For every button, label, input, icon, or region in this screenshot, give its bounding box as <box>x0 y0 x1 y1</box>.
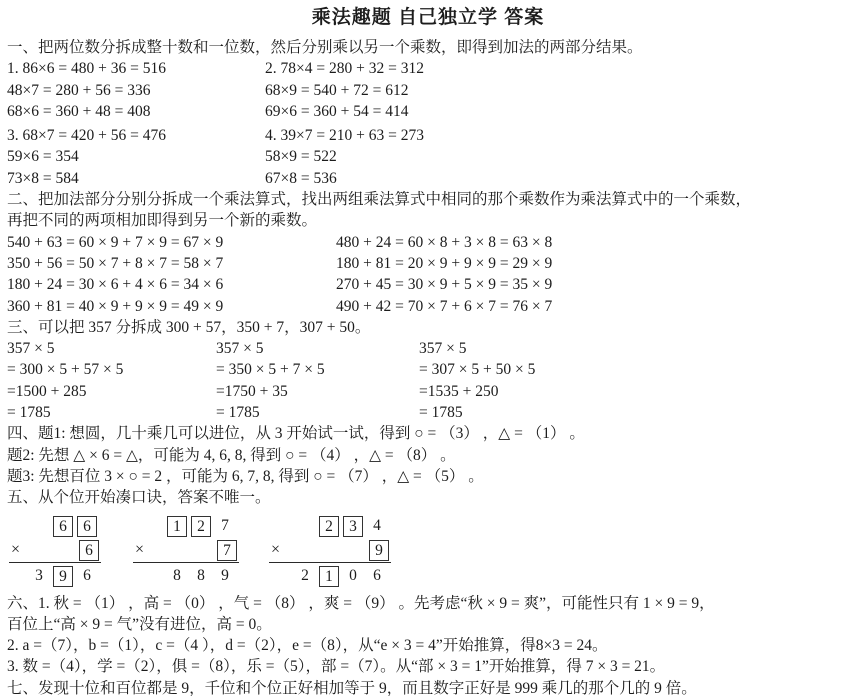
example-col2: 357 × 5 <box>216 338 419 359</box>
spacer <box>9 576 27 577</box>
equation-row: 48×7 = 280 + 56 = 336 68×9 = 540 + 72 = … <box>7 80 849 101</box>
digit-cell: 9 <box>51 565 75 587</box>
digit: 4 <box>373 516 381 535</box>
example-col3: =1535 + 250 <box>419 381 498 402</box>
boxed-digit: 9 <box>369 540 389 561</box>
digit-cell: 9 <box>213 565 237 586</box>
digit-cell: 7 <box>213 515 237 536</box>
digit: 3 <box>35 566 43 585</box>
multiply-sign: × <box>133 539 167 560</box>
section-six-line2: 百位上“高 × 9 = 气”没有进位，高 = 0。 <box>7 614 849 635</box>
digit: 6 <box>83 566 91 585</box>
boxed-digit: 1 <box>167 516 187 537</box>
digit: 8 <box>173 566 181 585</box>
equation-row: 68×6 = 360 + 48 = 408 69×6 = 360 + 54 = … <box>7 101 849 122</box>
equation-right: 490 + 42 = 70 × 7 + 6 × 7 = 76 × 7 <box>336 296 552 317</box>
section-six-line4: 3. 数 =（4），学 =（2），俱 =（8），乐 =（5），部 =（7）。从“… <box>7 656 849 677</box>
digit-cell: 3 <box>341 515 365 537</box>
example-col3: = 307 × 5 + 50 × 5 <box>419 359 535 380</box>
result-row: 2 1 0 6 <box>269 562 391 589</box>
multiply-sign: × <box>9 539 29 560</box>
section-five-heading: 五、从个位开始凑口诀，答案不唯一。 <box>7 487 849 508</box>
column-multiplication-1: 6 6 × 6 3 9 6 <box>9 514 101 589</box>
digit-cell: 0 <box>341 565 365 586</box>
digit-cell: 7 <box>215 539 239 561</box>
digit-cell: 1 <box>317 565 341 587</box>
digit: 0 <box>349 566 357 585</box>
spacer <box>9 525 51 526</box>
equation-left: 73×8 = 584 <box>7 168 265 189</box>
equation-right: 2. 78×4 = 280 + 32 = 312 <box>265 58 424 79</box>
multiplicand-row: 1 2 7 <box>133 514 239 538</box>
digit-cell: 6 <box>75 565 99 586</box>
boxed-digit: 6 <box>53 516 73 537</box>
column-multiplication-3: 2 3 4 × 9 2 1 0 6 <box>269 514 391 589</box>
equation-left: 540 + 63 = 60 × 9 + 7 × 9 = 67 × 9 <box>7 232 336 253</box>
digit-cell: 6 <box>75 515 99 537</box>
example-col1: =1500 + 285 <box>7 381 216 402</box>
multiplicand-row: 2 3 4 <box>269 514 391 538</box>
boxed-digit: 6 <box>79 540 99 561</box>
example-col1: = 300 × 5 + 57 × 5 <box>7 359 216 380</box>
spacer <box>269 576 293 577</box>
result-row: 3 9 6 <box>9 562 101 589</box>
digit-cell: 2 <box>317 515 341 537</box>
equation-right: 480 + 24 = 60 × 8 + 3 × 8 = 63 × 8 <box>336 232 552 253</box>
digit-cell: 6 <box>77 539 101 561</box>
section-one-heading: 一、把两位数分拆成整十数和一位数，然后分别乘以另一个乘数，即得到加法的两部分结果… <box>7 37 849 58</box>
digit: 9 <box>221 566 229 585</box>
equation-row: 1. 86×6 = 480 + 36 = 516 2. 78×4 = 280 +… <box>7 58 849 79</box>
equation-row: 350 + 56 = 50 × 7 + 8 × 7 = 58 × 7 180 +… <box>7 253 849 274</box>
worked-example-row: =1500 + 285 =1750 + 35 =1535 + 250 <box>7 381 849 402</box>
multiplicand-row: 6 6 <box>9 514 101 538</box>
example-col2: = 350 × 5 + 7 × 5 <box>216 359 419 380</box>
section-six-line1: 六、1. 秋 = （1） ，高 = （0） ，气 = （8） ，爽 = （9） … <box>7 593 849 614</box>
example-col1: = 1785 <box>7 402 216 423</box>
document-page: 乘法趣题 自己独立学 答案 一、把两位数分拆成整十数和一位数，然后分别乘以另一个… <box>0 0 855 696</box>
boxed-digit: 9 <box>53 566 73 587</box>
spacer <box>29 549 77 550</box>
boxed-digit: 7 <box>217 540 237 561</box>
section-four-line2: 题2: 先想 △ × 6 = △，可能为 4, 6, 8, 得到 ○ = （4）… <box>7 445 849 466</box>
equation-right: 58×9 = 522 <box>265 146 337 167</box>
example-col3: = 1785 <box>419 402 463 423</box>
equation-left: 48×7 = 280 + 56 = 336 <box>7 80 265 101</box>
section-two-heading-line1: 二、把加法部分分别分拆成一个乘法算式，找出两组乘法算式中相同的那个乘数作为乘法算… <box>7 189 849 210</box>
digit-cell: 8 <box>165 565 189 586</box>
example-col3: 357 × 5 <box>419 338 467 359</box>
digit-cell: 2 <box>189 515 213 537</box>
equation-right: 4. 39×7 = 210 + 63 = 273 <box>265 125 424 146</box>
worked-example-row: = 300 × 5 + 57 × 5 = 350 × 5 + 7 × 5 = 3… <box>7 359 849 380</box>
result-row: 8 8 9 <box>133 562 239 589</box>
section-six-line3: 2. a =（7），b =（1），c =（4 ），d =（2），e =（8），从… <box>7 635 849 656</box>
spacer <box>295 549 367 550</box>
example-col2: = 1785 <box>216 402 419 423</box>
digit: 8 <box>197 566 205 585</box>
equation-row: 73×8 = 584 67×8 = 536 <box>7 168 849 189</box>
example-col2: =1750 + 35 <box>216 381 419 402</box>
spacer <box>167 549 215 550</box>
equation-row: 360 + 81 = 40 × 9 + 9 × 9 = 49 × 9 490 +… <box>7 296 849 317</box>
equation-row: 180 + 24 = 30 × 6 + 4 × 6 = 34 × 6 270 +… <box>7 274 849 295</box>
equation-row: 59×6 = 354 58×9 = 522 <box>7 146 849 167</box>
equation-right: 270 + 45 = 30 × 9 + 5 × 9 = 35 × 9 <box>336 274 552 295</box>
digit-cell: 3 <box>27 565 51 586</box>
equation-left: 3. 68×7 = 420 + 56 = 476 <box>7 125 265 146</box>
equation-left: 360 + 81 = 40 × 9 + 9 × 9 = 49 × 9 <box>7 296 336 317</box>
digit: 6 <box>373 566 381 585</box>
digit-cell: 6 <box>51 515 75 537</box>
multiply-sign: × <box>269 539 295 560</box>
spacer <box>269 525 317 526</box>
equation-left: 68×6 = 360 + 48 = 408 <box>7 101 265 122</box>
equation-left: 1. 86×6 = 480 + 36 = 516 <box>7 58 265 79</box>
example-col1: 357 × 5 <box>7 338 216 359</box>
multiplier-row: × 7 <box>133 538 239 562</box>
equation-right: 68×9 = 540 + 72 = 612 <box>265 80 408 101</box>
equation-left: 59×6 = 354 <box>7 146 265 167</box>
digit: 2 <box>301 566 309 585</box>
equation-left: 350 + 56 = 50 × 7 + 8 × 7 = 58 × 7 <box>7 253 336 274</box>
equation-left: 180 + 24 = 30 × 6 + 4 × 6 = 34 × 6 <box>7 274 336 295</box>
digit-cell: 8 <box>189 565 213 586</box>
section-seven-line: 七、发现十位和百位都是 9，千位和个位正好相加等于 9，而且数字正好是 999 … <box>7 678 849 696</box>
multiplier-row: × 6 <box>9 538 101 562</box>
digit: 7 <box>221 516 229 535</box>
boxed-digit: 2 <box>319 516 339 537</box>
equation-right: 67×8 = 536 <box>265 168 337 189</box>
equation-row: 540 + 63 = 60 × 9 + 7 × 9 = 67 × 9 480 +… <box>7 232 849 253</box>
boxed-digit: 6 <box>77 516 97 537</box>
worked-example-row: = 1785 = 1785 = 1785 <box>7 402 849 423</box>
digit-cell: 6 <box>365 565 389 586</box>
multiplier-row: × 9 <box>269 538 391 562</box>
digit-cell: 2 <box>293 565 317 586</box>
equation-right: 180 + 81 = 20 × 9 + 9 × 9 = 29 × 9 <box>336 253 552 274</box>
doc-title: 乘法趣题 自己独立学 答案 <box>7 5 849 31</box>
section-two-heading-line2: 再把不同的两项相加即得到另一个新的乘数。 <box>7 210 849 231</box>
spacer <box>133 576 165 577</box>
equation-row: 3. 68×7 = 420 + 56 = 476 4. 39×7 = 210 +… <box>7 125 849 146</box>
digit-cell: 4 <box>365 515 389 536</box>
boxed-digit: 3 <box>343 516 363 537</box>
section-four-line3: 题3: 先想百位 3 × ○ = 2 ，可能为 6, 7, 8, 得到 ○ = … <box>7 466 849 487</box>
digit-cell: 9 <box>367 539 391 561</box>
boxed-digit: 2 <box>191 516 211 537</box>
column-multiplication-2: 1 2 7 × 7 8 8 9 <box>133 514 239 589</box>
section-four-line1: 四、题1: 想圆，几十乘几可以进位，从 3 开始试一试，得到 ○ = （3） ，… <box>7 423 849 444</box>
boxed-digit: 1 <box>319 566 339 587</box>
section-three-heading: 三、可以把 357 分拆成 300 + 57，350 + 7，307 + 50。 <box>7 317 849 338</box>
digit-cell: 1 <box>165 515 189 537</box>
equation-right: 69×6 = 360 + 54 = 414 <box>265 101 408 122</box>
worked-example-row: 357 × 5 357 × 5 357 × 5 <box>7 338 849 359</box>
column-multiplication-area: 6 6 × 6 3 9 6 1 2 7 × <box>7 514 849 589</box>
spacer <box>133 525 165 526</box>
